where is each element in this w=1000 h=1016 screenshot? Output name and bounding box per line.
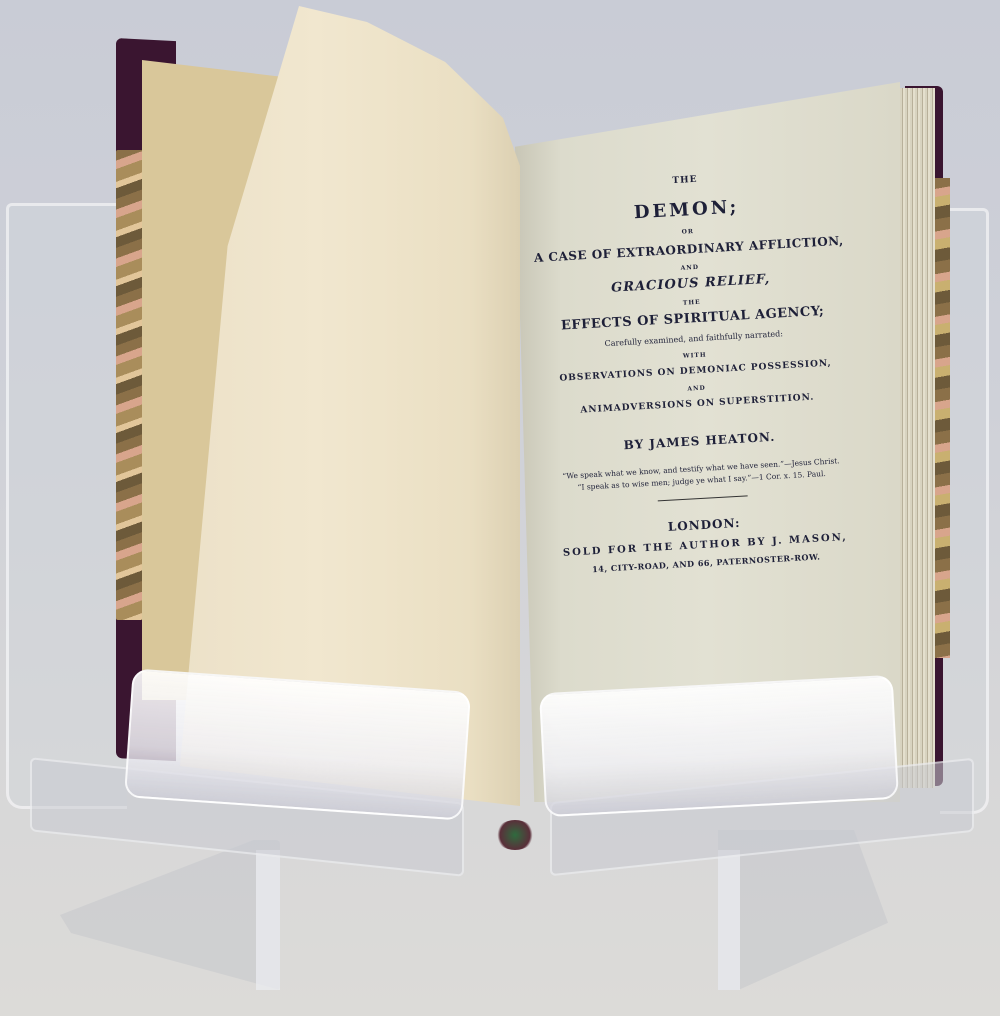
acrylic-stand-back-left [6, 203, 127, 809]
acrylic-stand-leg-right-edge [718, 850, 740, 990]
page-block-edges [895, 88, 935, 788]
acrylic-page-lip-right [539, 675, 899, 817]
headband [495, 820, 535, 850]
acrylic-page-lip-left [124, 668, 471, 820]
acrylic-stand-leg-left [60, 840, 280, 990]
acrylic-stand-leg-left-edge [256, 850, 280, 990]
title-page-text: THE DEMON; OR A CASE OF EXTRAORDINARY AF… [515, 161, 886, 739]
author-line: BY JAMES HEATON. [529, 426, 869, 457]
marbled-board-left [116, 150, 144, 620]
divider-rule [658, 495, 748, 501]
